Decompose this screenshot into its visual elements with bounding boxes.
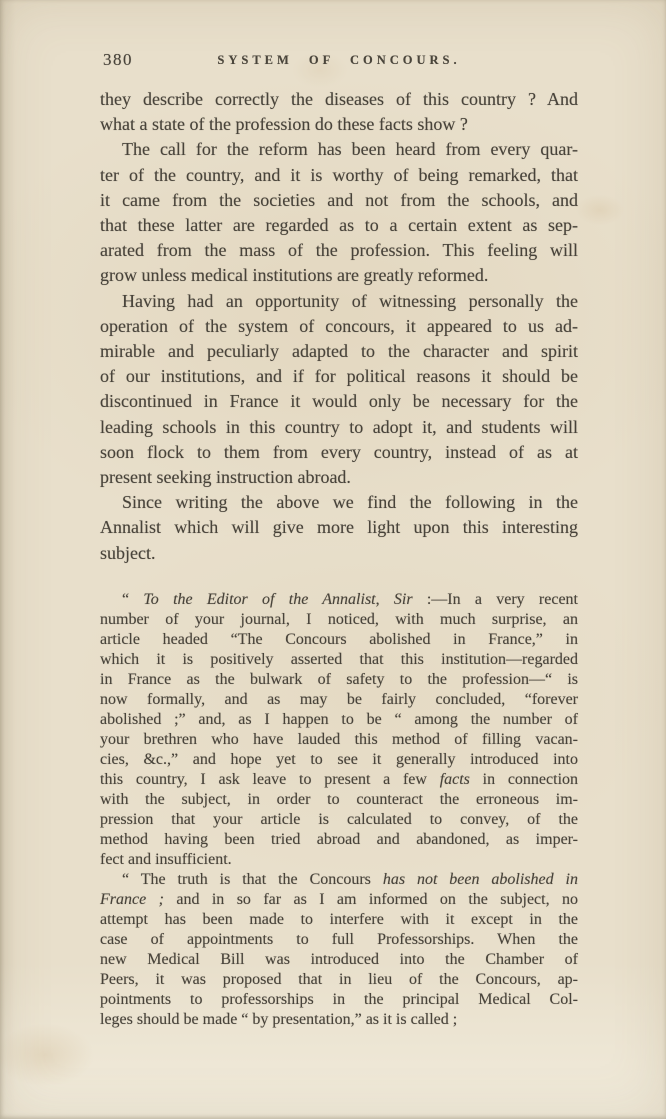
text-line: Annalist which will give more light upon…: [100, 515, 578, 540]
text-line: soon flock to them from every country, i…: [100, 440, 578, 465]
paragraph: “ To the Editor of the Annalist, Sir :—I…: [100, 590, 578, 870]
text-line: Since writing the above we find the foll…: [100, 490, 578, 515]
text-line: method having been tried abroad and aban…: [100, 830, 578, 850]
text-line: number of your journal, I noticed, with …: [100, 610, 578, 630]
book-page: 380 SYSTEM OF CONCOURS. they describe co…: [0, 0, 666, 1119]
text-line: this country, I ask leave to present a f…: [100, 770, 578, 790]
text-line: cies, &c.,” and hope yet to see it gener…: [100, 750, 578, 770]
text-line: what a state of the profession do these …: [100, 112, 578, 137]
text-line: case of appointments to full Professorsh…: [100, 930, 578, 950]
text-line: operation of the system of concours, it …: [100, 314, 578, 339]
text-line: pression that your article is calculated…: [100, 810, 578, 830]
text-line: discontinued in France it would only be …: [100, 389, 578, 414]
text-line: now formally, and as may be fairly concl…: [100, 690, 578, 710]
running-title: SYSTEM OF CONCOURS.: [100, 53, 578, 68]
paragraph: Having had an opportunity of witnessing …: [100, 289, 578, 491]
text-line: mirable and peculiarly adapted to the ch…: [100, 339, 578, 364]
text-line: they describe correctly the diseases of …: [100, 87, 578, 112]
text-line: grow unless medical institutions are gre…: [100, 263, 578, 288]
text-line: with the subject, in order to counteract…: [100, 790, 578, 810]
text-line: leading schools in this country to adopt…: [100, 415, 578, 440]
text-line: article headed “The Concours abolished i…: [100, 630, 578, 650]
text-line: “ The truth is that the Concours has not…: [100, 870, 578, 890]
text-line: your brethren who have lauded this metho…: [100, 730, 578, 750]
text-line: ter of the country, and it is worthy of …: [100, 163, 578, 188]
text-line: fect and insufficient.: [100, 850, 578, 870]
text-line: new Medical Bill was introduced into the…: [100, 950, 578, 970]
paragraph: they describe correctly the diseases of …: [100, 87, 578, 137]
text-line: “ To the Editor of the Annalist, Sir :—I…: [100, 590, 578, 610]
text-line: attempt has been made to interfere with …: [100, 910, 578, 930]
paragraph: “ The truth is that the Concours has not…: [100, 870, 578, 1030]
text-line: of our institutions, and if for politica…: [100, 364, 578, 389]
text-line: Having had an opportunity of witnessing …: [100, 289, 578, 314]
text-line: France ; and in so far as I am informed …: [100, 890, 578, 910]
text-line: which it is positively asserted that thi…: [100, 650, 578, 670]
text-line: in France as the bulwark of safety to th…: [100, 670, 578, 690]
text-line: that these latter are regarded as to a c…: [100, 213, 578, 238]
paragraph: Since writing the above we find the foll…: [100, 490, 578, 566]
text-line: it came from the societies and not from …: [100, 188, 578, 213]
text-line: Peers, it was proposed that in lieu of t…: [100, 970, 578, 990]
text-line: subject.: [100, 541, 578, 566]
text-line: present seeking instruction abroad.: [100, 465, 578, 490]
text-line: arated from the mass of the profession. …: [100, 238, 578, 263]
text-line: abolished ;” and, as I happen to be “ am…: [100, 710, 578, 730]
text-line: The call for the reform has been heard f…: [100, 137, 578, 162]
paragraph: The call for the reform has been heard f…: [100, 137, 578, 288]
text-line: leges should be made “ by presentation,”…: [100, 1010, 578, 1030]
text-line: pointments to professorships in the prin…: [100, 990, 578, 1010]
text-block: they describe correctly the diseases of …: [100, 87, 578, 1030]
